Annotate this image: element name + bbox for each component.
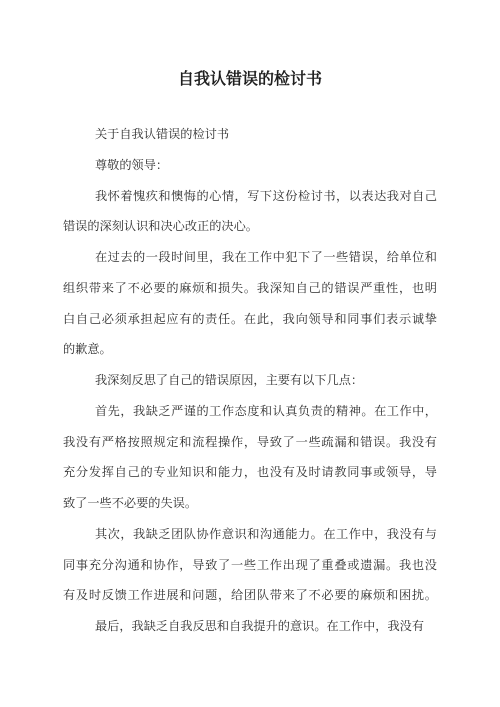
document-line: 组织带来了不必要的麻烦和损失。我深知自己的错误严重性，也明 (63, 273, 437, 304)
document-line: 我深刻反思了自己的错误原因，主要有以下几点： (63, 365, 437, 396)
document-line: 同事充分沟通和协作，导致了一些工作出现了重叠或遗漏。我也没 (63, 550, 437, 581)
document-line: 充分发挥自己的专业知识和能力，也没有及时请教同事或领导，导 (63, 457, 437, 488)
document-page: 自我认错误的检讨书 关于自我认错误的检讨书尊敬的领导：我怀着愧疚和懊悔的心情，写… (0, 0, 500, 707)
document-line: 在过去的一段时间里，我在工作中犯下了一些错误，给单位和 (63, 242, 437, 273)
document-line: 白自己必须承担起应有的责任。在此，我向领导和同事们表示诚挚 (63, 304, 437, 335)
document-line: 有及时反馈工作进展和问题，给团队带来了不必要的麻烦和困扰。 (63, 580, 437, 611)
document-line: 关于自我认错误的检讨书 (63, 119, 437, 150)
document-body: 关于自我认错误的检讨书尊敬的领导：我怀着愧疚和懊悔的心情，写下这份检讨书，以表达… (63, 119, 437, 642)
document-line: 致了一些不必要的失误。 (63, 488, 437, 519)
document-line: 错误的深刻认识和决心改正的决心。 (63, 211, 437, 242)
document-line: 首先，我缺乏严谨的工作态度和认真负责的精神。在工作中， (63, 396, 437, 427)
document-line: 我没有严格按照规定和流程操作，导致了一些疏漏和错误。我没有 (63, 427, 437, 458)
document-line: 我怀着愧疚和懊悔的心情，写下这份检讨书，以表达我对自己 (63, 181, 437, 212)
document-line: 尊敬的领导： (63, 150, 437, 181)
document-line: 的歉意。 (63, 334, 437, 365)
document-title: 自我认错误的检讨书 (0, 69, 500, 91)
document-line: 最后，我缺乏自我反思和自我提升的意识。在工作中，我没有 (63, 611, 437, 642)
document-line: 其次，我缺乏团队协作意识和沟通能力。在工作中，我没有与 (63, 519, 437, 550)
